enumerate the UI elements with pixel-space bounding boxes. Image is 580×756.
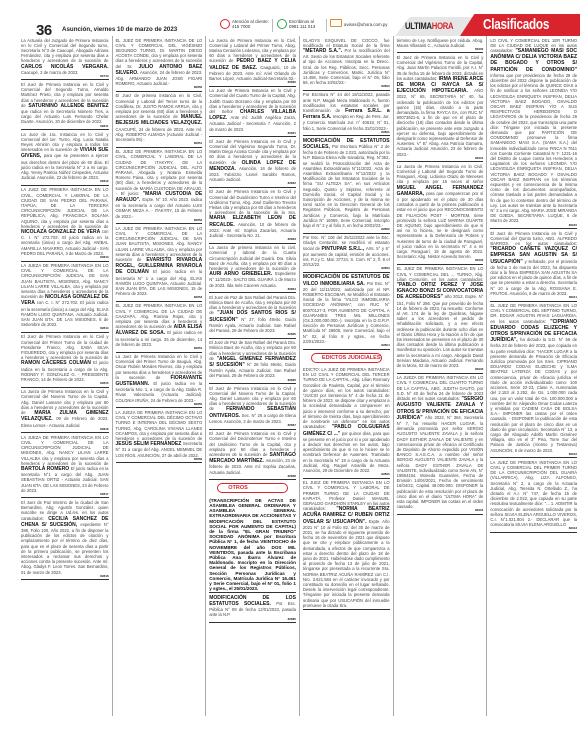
classified-ad: (TRANSCRIPCIÓN DE ACTAS DE ASAMBLEA GENE… (209, 496, 296, 593)
ad-code: 82841 (21, 125, 109, 129)
ad-body: La Jueza de primera instancia en lo civi… (209, 245, 296, 271)
ad-body: año 2012, Expte. N° 151, Folio N° 286. Q… (397, 294, 484, 368)
ad-code: 82854 (116, 347, 203, 351)
ad-code: 82852 (116, 219, 203, 223)
ad-code: 82910 (490, 224, 577, 228)
ad-subject-name: RAMON CÁCERES COLMÁN (21, 360, 93, 366)
ad-body: que radica en la Secretaría Número Tres,… (21, 109, 109, 124)
classified-ad: LA JUEZ DE PRIMERA INSTANCIA EN LO CIVIL… (21, 186, 109, 262)
ad-code: 82880 (209, 618, 296, 622)
ad-code: 82740 (21, 75, 109, 79)
classified-ad: La Juez de 1ra. Instancia en lo Civil y … (21, 130, 109, 186)
classified-ad: LA JUEZA DE PRIMERA INSTANCIA EN LO CIVI… (21, 433, 109, 498)
section-heading: OTROS (217, 483, 288, 493)
ad-subject-name: BARTOLA ROMERO (21, 466, 71, 472)
ad-subject-name: JESÚS SELIM FERNÁNDEZ (116, 441, 183, 447)
classified-ad: El Juez de Primera Instancia en lo Civil… (209, 188, 296, 244)
classified-ad: EL JUEZ DE PRIMERA INSTANCIA EN LO CIVIL… (116, 148, 203, 225)
ad-body: término de Ley. Notifíquese por cédula. … (397, 38, 484, 48)
classified-ad: MODIFICACIÓN DE ESTATUTOS DE VILCO INMOB… (303, 273, 390, 350)
contact-value: avisos@uhora.com.py (344, 22, 388, 27)
ad-body: Por la modificación del Art. Sexto de lo… (303, 48, 390, 85)
ad-code: 82894 (303, 344, 390, 348)
ad-code: 82912 (490, 453, 577, 457)
ad-body: El Juez de Primera Instancia en lo Civil… (209, 189, 296, 215)
classified-ad: El Juez de Paz de San Rafael del Paraná … (209, 339, 296, 384)
ad-subject-name: NICOLAZA GONZALEZ DE VERA (21, 229, 102, 235)
contact-value: 415 7000 (232, 24, 269, 29)
classified-ad: El Juez de Primera Instancia en lo Civil… (21, 333, 109, 388)
ad-code: 82864 (209, 288, 296, 292)
ad-body: La Jueza de Primera Instancia en lo Civi… (397, 164, 484, 185)
section-title: Clasificados (483, 16, 549, 33)
ad-body: informa que por providencia de fecha 28 … (490, 73, 577, 224)
ad-code: 82904 (397, 509, 484, 513)
classified-ad: El Juez de Paz de San Rafael del Paraná … (209, 293, 296, 338)
column-3: La Jueza de Primera Instancia en lo Civi… (205, 36, 299, 716)
ad-body: EDICTO: LA JUEZ DE PRIMERA INSTANCIA EN … (303, 367, 390, 429)
ad-code: 82847 (21, 493, 109, 497)
ad-body: AÑO 2022, N° 65, SECRETARÍA N° 40, ha or… (397, 88, 484, 156)
column-6: LO CIVIL Y COMERCIAL DEL 1ER TURNO DE LA… (486, 36, 580, 716)
classified-ad: EL JUEZ DE PRIMERA INSTANCIA EN LO CIVIL… (303, 479, 390, 610)
ad-body: Caacupé, 2 de marzo de 2023. (21, 70, 79, 75)
ad-body: CAACUPÉ, 24 de febrero de 2023. Ante mí:… (116, 127, 203, 142)
ad-code: 82868 (209, 475, 296, 479)
classified-ad: EL JUEZ DE PRIMERA INSTANCIA DE LO CIVIL… (116, 36, 203, 92)
ad-code: 82855 (116, 403, 203, 407)
ad-code: 82851 (116, 142, 203, 146)
ad-body: LA JUEZA DE PRIMERA INSTANCIA EN LO CIVI… (116, 410, 203, 441)
classified-ad: El Juez de Primera Instancia en lo Civil… (209, 137, 296, 188)
ad-body: Expte. Año 2021 N° 10 al Folio 82, del 3… (303, 519, 390, 608)
classified-ad: La Jueza de Primera Instancia en lo Civi… (209, 36, 296, 87)
column-5: término de Ley. Notifíquese por cédula. … (393, 36, 487, 716)
classified-ad: El Juez de Primera Instancia en lo Civil… (21, 80, 109, 130)
ad-body: LA JUEZ DE PRIMERA INSTANCIA EN LO CIVIL… (21, 187, 109, 228)
ad-body: ha dictado la S.D. N° 56 de fecha 23 de … (490, 337, 577, 452)
ad-code: 82842 (21, 180, 109, 184)
ad-code: 82866 (209, 379, 296, 383)
ad-body: Año 2022, N° 364, Secretaría N° 7, ha re… (397, 415, 484, 509)
classified-ad: MODIFICACIÓN DE LOS ESTATUTOS SOCIALES. … (209, 593, 296, 623)
ad-subject-name: AURI ARNO GRIEBELER. (209, 271, 275, 277)
classifieds-columns: La Actuaria del Juzgado de Primera Insta… (18, 36, 580, 716)
classified-ad: GLADYS ESQUIVEL DE COCCO, fue modificado… (303, 36, 390, 91)
classified-ad: EDICTO: LA JUEZ DE PRIMERA INSTANCIA EN … (303, 366, 390, 479)
ad-code: 82848 (21, 575, 109, 579)
ad-code: 82911 (490, 296, 577, 300)
ad-body: EL JUEZ DE PRIMERA INSTANCIA EN LO CIVIL… (116, 149, 203, 196)
brand-logo: ULTIMAHORA (405, 21, 453, 31)
classified-ad: LA JUEZA DE PRIMERA INSTANCIA EN LO CIVI… (116, 408, 203, 463)
contact-value: 0981 111 013 (289, 24, 315, 29)
classified-ad: El Juez de Primera Instancia en lo Civil… (209, 384, 296, 429)
classified-ad: La Juez de Primera Instancia en lo Civil… (209, 87, 296, 138)
classified-ad: EL JUEZ DE PRIMERA INSTANCIA EN LO CIVIL… (490, 302, 577, 459)
contact-email[interactable]: avisos@uhora.com.py (330, 19, 388, 27)
classified-ad: La Juez de Primera Instancia en lo Civil… (116, 353, 203, 409)
ad-body: para que comparezcan por sí o por apoder… (397, 191, 484, 259)
ad-subject-name: SATURNINO ALLENDE BENITEZ (28, 103, 108, 109)
column-2: EL JUEZ DE PRIMERA INSTANCIA DE LO CIVIL… (112, 36, 206, 716)
column-4: GLADYS ESQUIVEL DE COCCO, fue modificado… (299, 36, 393, 716)
ad-body: expediente N° 398, Folio 100, Año 2022, … (21, 522, 109, 575)
column-1: La Actuaria del Juzgado de Primera Insta… (18, 36, 112, 716)
ad-code: 82867 (209, 424, 296, 428)
classified-ad: El Juez de Primera Instancia en lo Civil… (209, 430, 296, 481)
classified-ad: El Juez de Primera Instancia en lo Civil… (397, 53, 484, 162)
ad-subject-name: PINTUPAR S.R.L., (322, 246, 366, 252)
ad-code: 82895 (303, 473, 390, 477)
classified-ad: El Juez de primera instancia en lo Civil… (116, 92, 203, 148)
ad-body: Por Esc. N° 20 del 11/11/2022, autorizad… (303, 281, 390, 344)
ad-code: 82891 (303, 131, 390, 135)
ad-code: 82865 (209, 333, 296, 337)
contact-phone: Atención al cliente:415 7000 (220, 19, 269, 29)
ad-body: El Juez de Primera Instancia en lo Civil… (21, 334, 109, 360)
ad-code: 82853 (116, 296, 203, 300)
ad-code: 82901 (397, 157, 484, 161)
ad-code: 82860 (209, 81, 296, 85)
ad-body: El Juez de Primera Instancia en lo Civil… (490, 231, 577, 246)
ad-code: 82902 (397, 259, 484, 263)
classified-ad: LA JUEZ DE PRIMERA INSTANCIA EN LO CIVIL… (490, 458, 577, 533)
classified-ad: EL JUEZ DE PRIMERA INSTANCIA EN LO CIVIL… (397, 265, 484, 374)
ad-code: 82846 (21, 428, 109, 432)
ad-body: LA JUEZA DE PRIMERA INSTANCIA EN LO CIVI… (21, 435, 109, 466)
classified-ad: LA JUEZA DE PRIMERA INSTANCIA EN LO CIVI… (397, 374, 484, 515)
classified-ad: La Actuaria del Juzgado de Primera Insta… (21, 36, 109, 80)
ad-code: 82893 (303, 267, 390, 271)
ad-body: LA JUEZ DE PRIMERA INSTANCIA EN LO CIVIL… (490, 460, 577, 527)
ad-code: 82862 (209, 182, 296, 186)
ad-code: 82861 (209, 132, 296, 136)
ad-code: 82900 (397, 48, 484, 52)
page-header: 36 Asunción, viernes 10 de marzo de 2023… (0, 0, 580, 36)
classified-ad: La Jueza de primera instancia en lo civi… (209, 244, 296, 294)
ad-subject-name: CARLOS NICOLÁS VERGARA. (21, 64, 109, 70)
whatsapp-icon (277, 19, 287, 29)
classified-ad: LO CIVIL Y COMERCIAL DEL 1ER TURNO DE LA… (490, 36, 577, 229)
classified-ad: El Juez de Paz Interino de la ciudad de … (21, 498, 109, 580)
mail-icon (330, 19, 342, 27)
ad-code: 82890 (303, 85, 390, 89)
ad-code: 82863 (209, 238, 296, 242)
classified-ad: EL JUEZ DE PRIMERA INSTANCIA EN LO CIVIL… (116, 302, 203, 353)
ad-code: 82903 (397, 368, 484, 372)
ad-code: 82913 (490, 527, 577, 531)
ad-body: GLADYS ESQUIVEL DE COCCO, fue modificado… (303, 38, 390, 48)
ad-code: 82844 (21, 327, 109, 331)
ad-code: 82843 (21, 256, 109, 260)
ad-body: La Actuaria del Juzgado de Primera Insta… (21, 38, 109, 64)
classified-ad: MODIFICACIÓN DE ESTATUTOS SOCIALES, Por … (303, 136, 390, 233)
ad-subject-name: "METARD S.A.". (303, 48, 345, 54)
classified-ad: La Jueza de Primera Instancia en lo Civi… (21, 388, 109, 433)
classified-ad: término de Ley. Notifíquese por cédula. … (397, 36, 484, 53)
classified-ad: Por Escritura N° 44 del 18/11/2022, pasa… (303, 91, 390, 136)
ad-code: 82892 (303, 228, 390, 232)
ad-code: 82850 (116, 86, 203, 90)
classified-ad: LA JUEZ DE PRIMERA INSTANCIA EN LO CIVIL… (116, 224, 203, 302)
ad-body: Por Escritura Pública N° 2 de fecha 6 de… (303, 144, 390, 228)
classified-ad: El Juez de Primera Instancia en lo Civil… (490, 229, 577, 301)
ad-body: por quince días, para que se presente en… (303, 431, 390, 473)
ad-body: y señalado, por el proveído de fecha 1 d… (490, 259, 577, 296)
ad-code: 82845 (21, 382, 109, 386)
classified-ad: LA JUEZA DE PRIMERA INSTANCIA EN LO CIVI… (21, 262, 109, 333)
phone-icon (220, 19, 230, 29)
classified-ad: La Jueza de Primera Instancia en lo Civi… (397, 162, 484, 265)
contact-whatsapp: Escribinos al0981 111 013 (277, 19, 315, 29)
section-heading: EDICTOS JUDICIALES (311, 353, 382, 363)
classified-ad: Por Esc. N° 106 del 25/11/2022 ante la E… (303, 234, 390, 273)
ad-code: 82856 (116, 458, 203, 462)
issue-date: Asunción, viernes 10 de marzo de 2023 (62, 26, 177, 33)
ad-body: EL JUEZ DE PRIMERA INSTANCIA EN LO CIVIL… (397, 266, 484, 281)
